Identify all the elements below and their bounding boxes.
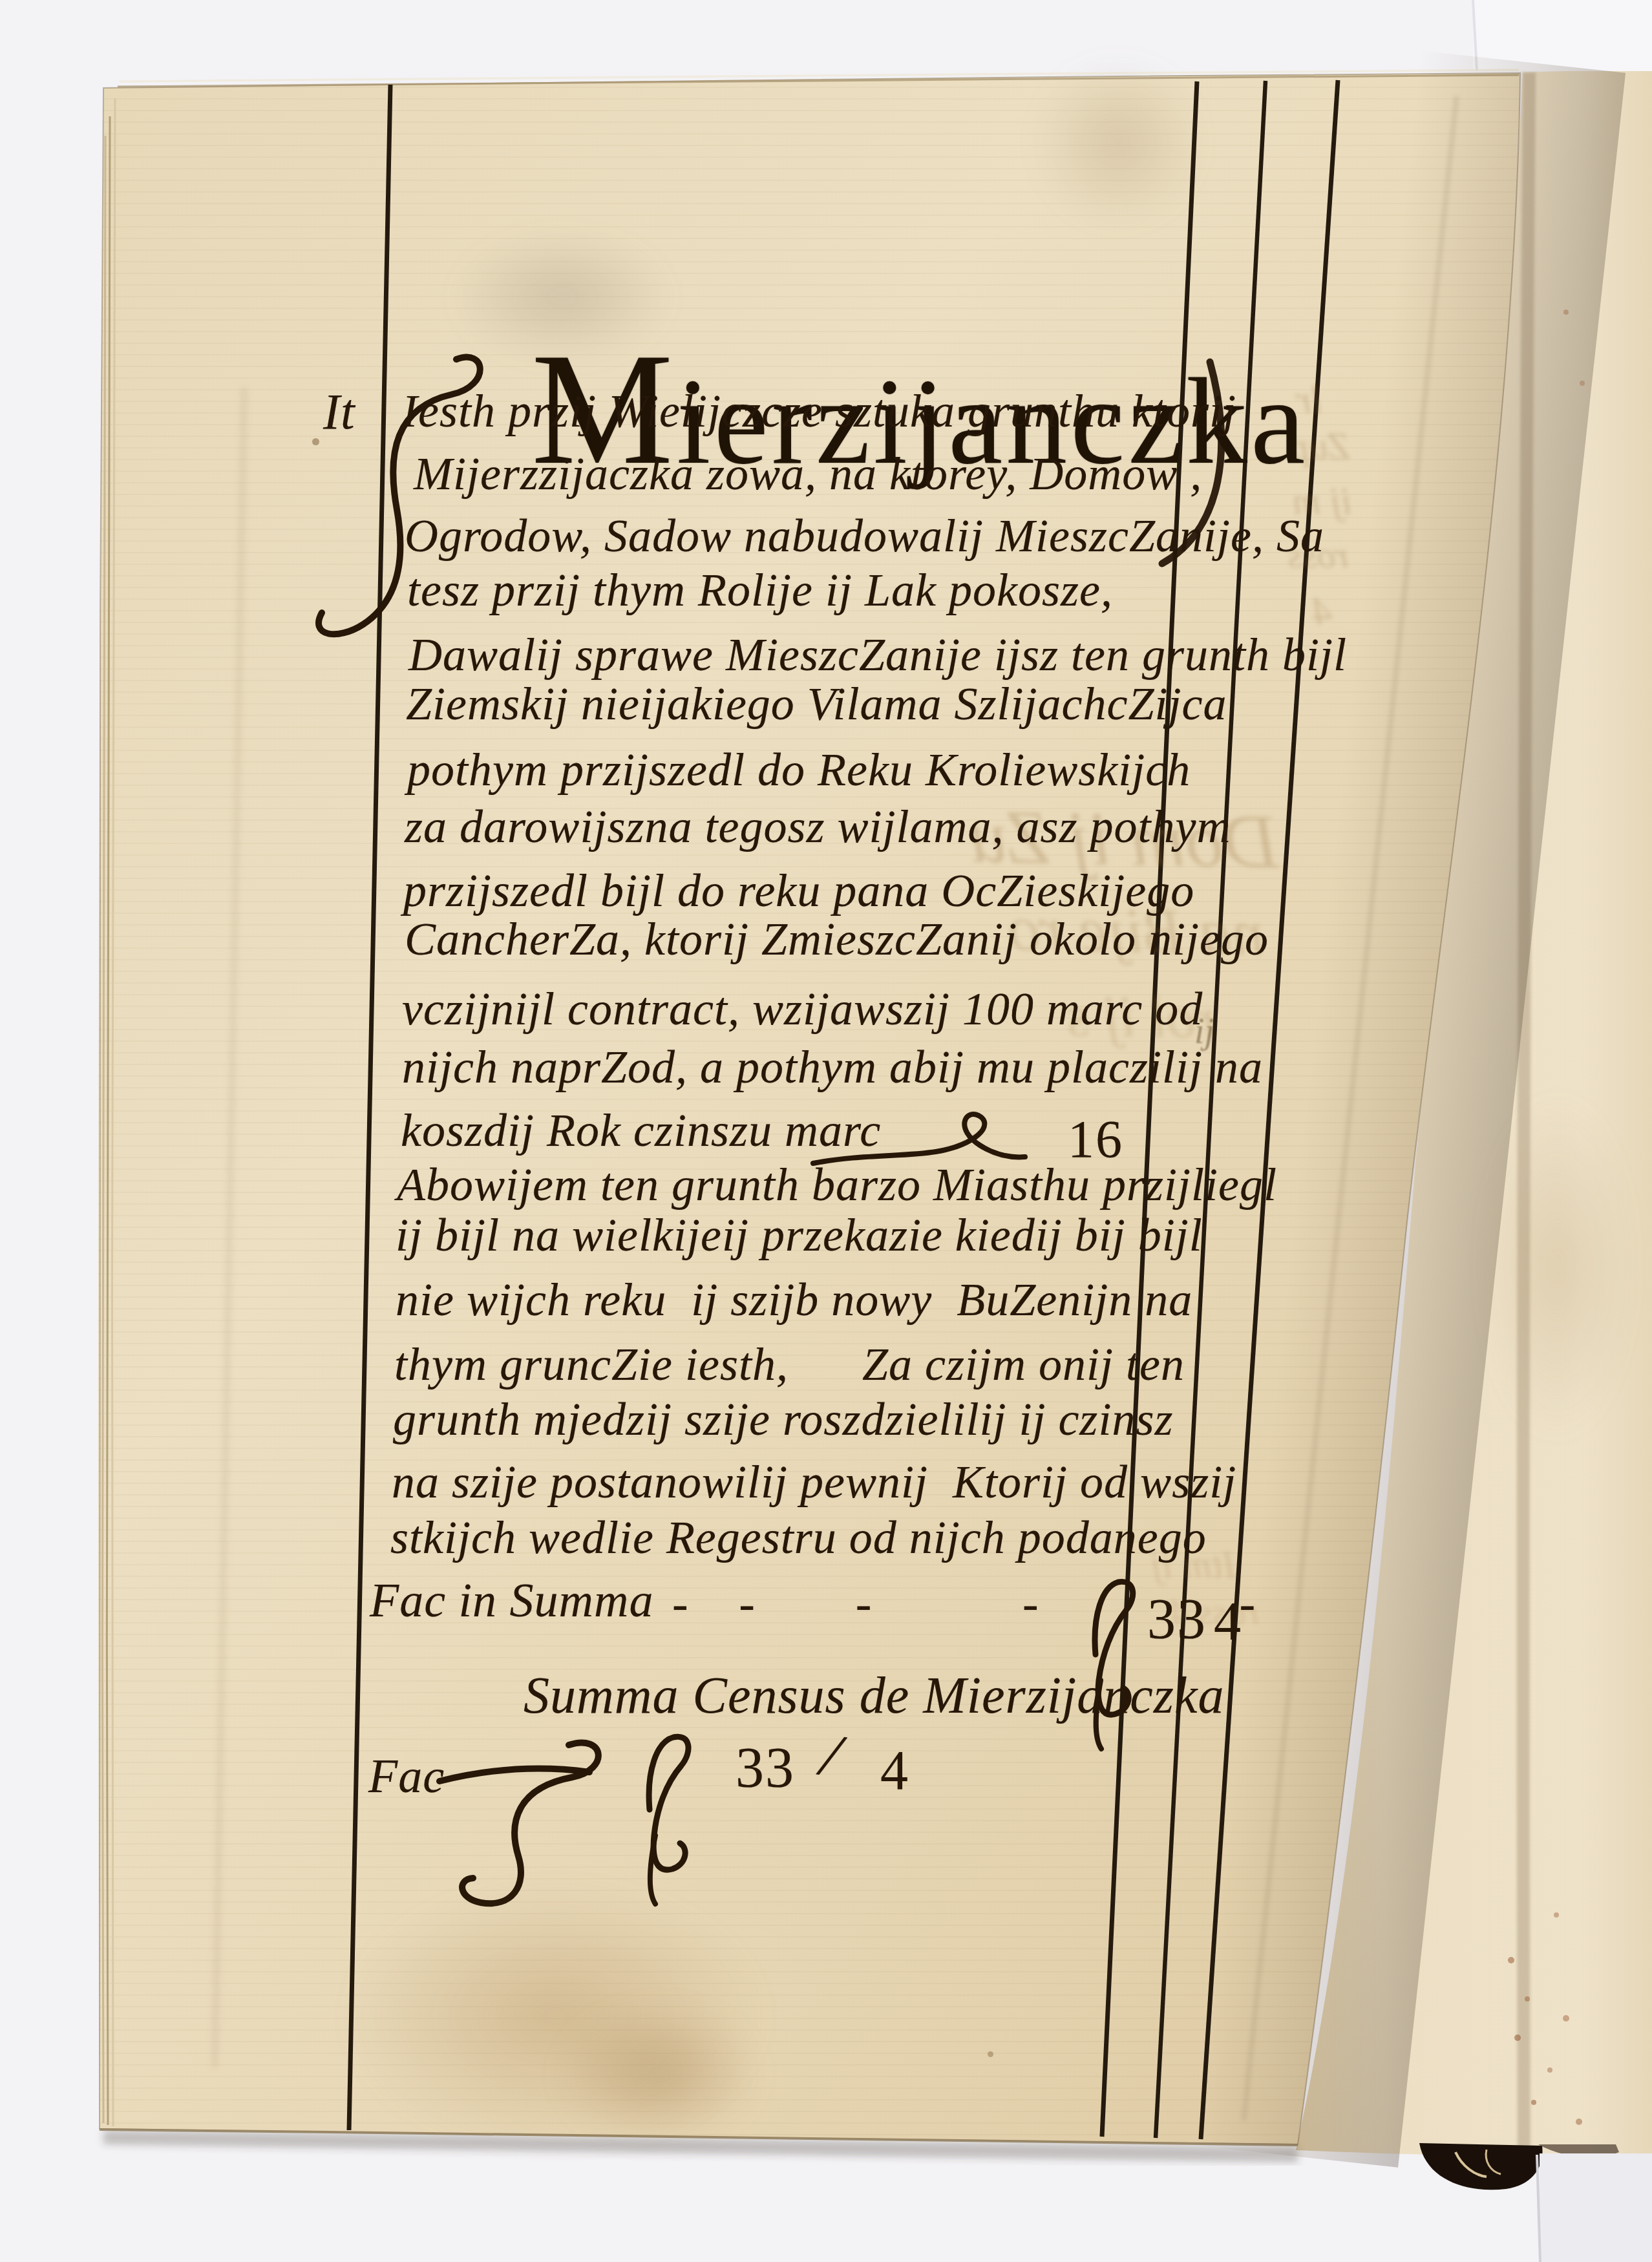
manuscript-line-18: grunth mjedzij szije roszdzielilij ij cz… [393, 1396, 1173, 1443]
manuscript-line-10: CancherZa, ktorij ZmieszcZanij okolo nij… [405, 916, 1269, 962]
backing-sheet-corner [1473, 0, 1652, 71]
manuscript-line-8: za darowijszna tegosz wijlama, asz pothy… [405, 803, 1231, 850]
manuscript-line-12: nijch naprZod, a pothym abij mu placzili… [402, 1044, 1263, 1090]
backing-sheet [1540, 2153, 1652, 2262]
total-marc-value: 33 [1147, 1591, 1207, 1648]
binding-edge [1419, 2143, 1543, 2190]
manuscript-line-1: Iesth przij Wielijczcze sztuka grunthu k… [402, 388, 1236, 434]
manuscript-line-6: Ziemskij nieijakiego Vilama SzlijachcZij… [406, 681, 1227, 727]
manuscript-line-2: Mijerzzijaczka zowa, na ktorey, Domow , [414, 450, 1202, 497]
manuscript-line-20: stkijch wedlie Regestru od nijch podaneg… [390, 1514, 1207, 1561]
manuscript-line-14: Abowijem ten grunth barzo Miasthu przijl… [397, 1161, 1277, 1208]
bleedthrough-text: 4 [1312, 591, 1332, 631]
summa-census-line: Summa Census de Mierzijanczka [524, 1670, 1224, 1722]
manuscript-line-7: pothym przijszedl do Reku Kroliewskijch [407, 746, 1191, 793]
manuscript-line-19: na szije postanowilij pewnij Ktorij od w… [392, 1459, 1236, 1505]
annual-rent-value: 16 [1068, 1113, 1123, 1166]
manuscript-line-17: thym gruncZie iesth, Za czijm onij ten [394, 1341, 1185, 1388]
fac-in-summa-label: Fac in Summa [370, 1577, 654, 1625]
item-mark: It [323, 386, 355, 437]
manuscript-line-5: Dawalij sprawe MieszcZanije ijsz ten gru… [408, 631, 1347, 678]
manuscript-line-15: ij bijl na wielkijeij przekazie kiedij b… [396, 1212, 1203, 1258]
fac-label: Fac [368, 1753, 445, 1801]
manuscript-line-4: tesz przij thym Rolije ij Lak pokosze, [407, 567, 1113, 613]
manuscript-line-9: przijszedl bijl do reku pana OcZieskijeg… [403, 867, 1194, 914]
final-total-marc-value: 33 [736, 1740, 795, 1797]
manuscript-line-13: koszdij Rok czinszu marc [401, 1107, 881, 1154]
document-scan: Dom ij Zu na Bije ro rol ij s lr Zup ij … [0, 0, 1652, 2262]
manuscript-line-3: Ogrodow, Sadow nabudowalij MieszcZanije,… [405, 513, 1324, 559]
total-groschen-value: 4 [1214, 1595, 1242, 1649]
final-total-groschen-value: 4 [880, 1742, 909, 1798]
manuscript-line-16: nie wijch reku ij szijb nowy BuZenijn na [396, 1276, 1192, 1323]
manuscript-line-11: vczijnijl contract, wzijawszij 100 marc … [402, 986, 1203, 1032]
